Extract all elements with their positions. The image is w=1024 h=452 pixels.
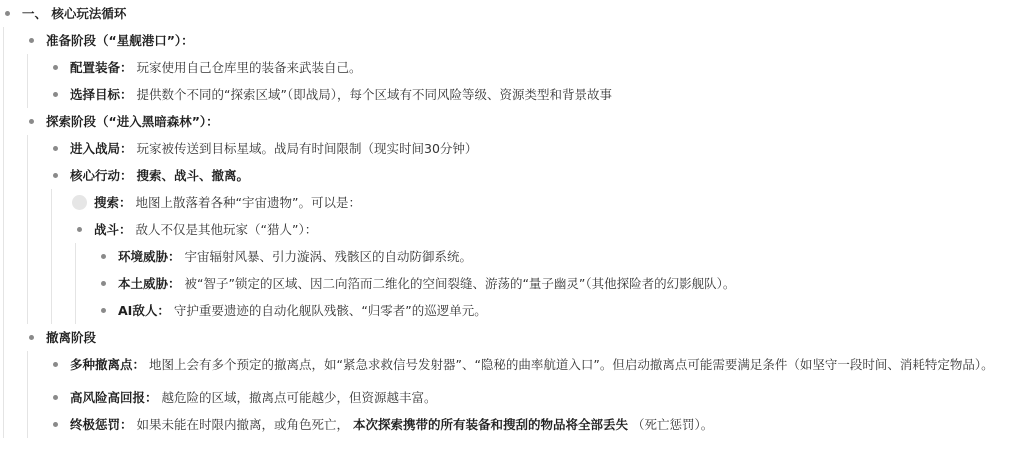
item-tail: （死亡惩罚）。 — [632, 417, 713, 432]
list-item: AI敌人： 守护重要遗迹的自动化舰队残骸、“归零者”的巡逻单元。 — [0, 297, 1024, 324]
item-text: 宇宙辐射风暴、引力漩涡、残骸区的自动防御系统。 — [185, 249, 473, 264]
list-item: 高风险高回报： 越危险的区域，撤离点可能越少，但资源越丰富。 — [0, 384, 1024, 411]
section-children: 准备阶段（“星舰港口”）： 配置装备： 玩家使用自己仓库里的装备来武装自己。 — [0, 27, 1024, 438]
bullet-icon[interactable] — [101, 308, 106, 313]
item-text: 提供数个不同的“探索区域”（即战局），每个区域有不同风险等级、资源类型和背景故事 — [137, 87, 612, 102]
list-item: 搜索： 地图上散落着各种“宇宙遗物”。可以是： — [0, 189, 1024, 216]
outline-node-row[interactable]: 探索阶段（“进入黑暗森林”）： — [0, 108, 1024, 135]
outline-node-row[interactable]: 战斗： 敌人不仅是其他玩家（“猎人”）： — [0, 216, 1024, 243]
item-key: AI敌人： — [118, 303, 170, 318]
outline-node-row[interactable]: 搜索： 地图上散落着各种“宇宙遗物”。可以是： — [0, 189, 1024, 216]
bullet-icon[interactable] — [53, 92, 58, 97]
item-key: 本土威胁： — [118, 276, 181, 291]
phase-title: 撤离阶段 — [46, 330, 96, 345]
item-key: 搜索： — [94, 195, 132, 210]
item-key: 环境威胁： — [118, 249, 181, 264]
outline-root: 一、 核心玩法循环 准备阶段（“星舰港口”）： 配置装备： 玩家使用自己仓库里的… — [0, 0, 1024, 438]
item-key: 配置装备： — [70, 60, 133, 75]
bullet-icon[interactable] — [53, 65, 58, 70]
phase-preparation: 准备阶段（“星舰港口”）： 配置装备： 玩家使用自己仓库里的装备来武装自己。 — [0, 27, 1024, 108]
bullet-icon[interactable] — [53, 173, 58, 178]
bullet-icon[interactable] — [53, 395, 58, 400]
list-item: 选择目标： 提供数个不同的“探索区域”（即战局），每个区域有不同风险等级、资源类… — [0, 81, 1024, 108]
list-item: 多种撤离点： 地图上会有多个预定的撤离点，如“紧急求救信号发射器”、“隐秘的曲率… — [0, 351, 1024, 384]
item-key: 终极惩罚： — [70, 417, 133, 432]
bullet-icon[interactable] — [29, 38, 34, 43]
item-text: 如果未能在时限内撤离，或角色死亡， — [137, 417, 350, 432]
outline-node-row[interactable]: 进入战局： 玩家被传送到目标星域。战局有时间限制（现实时间30分钟） — [0, 135, 1024, 162]
outline-node-row[interactable]: 选择目标： 提供数个不同的“探索区域”（即战局），每个区域有不同风险等级、资源类… — [0, 81, 1024, 108]
item-key: 选择目标： — [70, 87, 133, 102]
phase-children: 进入战局： 玩家被传送到目标星域。战局有时间限制（现实时间30分钟） 核心行动：… — [0, 135, 1024, 324]
item-text: 地图上散落着各种“宇宙遗物”。可以是： — [136, 195, 361, 210]
outline-node-row[interactable]: 核心行动： 搜索、战斗、撤离。 — [0, 162, 1024, 189]
phase-title: 准备阶段（“星舰港口”）： — [46, 33, 194, 48]
phase-children: 配置装备： 玩家使用自己仓库里的装备来武装自己。 选择目标： 提供数个不同的“探… — [0, 54, 1024, 108]
item-text: 玩家使用自己仓库里的装备来武装自己。 — [137, 60, 362, 75]
item-key: 高风险高回报： — [70, 390, 158, 405]
section-core-gameplay-loop: 一、 核心玩法循环 准备阶段（“星舰港口”）： 配置装备： 玩家使用自己仓库里的… — [0, 0, 1024, 438]
bullet-icon[interactable] — [29, 119, 34, 124]
item-text: 被“智子”锁定的区域、因二向箔而二维化的空间裂缝、游荡的“量子幽灵”（其他探险者… — [185, 276, 736, 291]
list-item: 战斗： 敌人不仅是其他玩家（“猎人”）： 环境威胁： 宇宙辐射风暴、引力漩涡、残… — [0, 216, 1024, 324]
outline-node-row[interactable]: 配置装备： 玩家使用自己仓库里的装备来武装自己。 — [0, 54, 1024, 81]
list-item: 进入战局： 玩家被传送到目标星域。战局有时间限制（现实时间30分钟） — [0, 135, 1024, 162]
item-text: 越危险的区域，撤离点可能越少，但资源越丰富。 — [162, 390, 437, 405]
bullet-icon[interactable] — [53, 146, 58, 151]
bullet-icon[interactable] — [5, 11, 10, 16]
outline-node-row[interactable]: 本土威胁： 被“智子”锁定的区域、因二向箔而二维化的空间裂缝、游荡的“量子幽灵”… — [0, 270, 1024, 297]
list-item: 核心行动： 搜索、战斗、撤离。 搜索： 地图上散落着各种“宇宙遗物”。可以是： — [0, 162, 1024, 324]
bullet-icon[interactable] — [53, 362, 58, 367]
bullet-icon[interactable] — [77, 200, 82, 205]
item-children: 搜索： 地图上散落着各种“宇宙遗物”。可以是： 战斗： 敌人不仅是其他玩家（“猎… — [0, 189, 1024, 324]
list-item: 终极惩罚： 如果未能在时限内撤离，或角色死亡， 本次探索携带的所有装备和搜刮的物… — [0, 411, 1024, 438]
bullet-icon[interactable] — [101, 254, 106, 259]
item-text: 玩家被传送到目标星域。战局有时间限制（现实时间30分钟） — [137, 141, 478, 156]
bullet-icon[interactable] — [53, 422, 58, 427]
item-key: 核心行动： — [70, 168, 133, 183]
item-key: 进入战局： — [70, 141, 133, 156]
list-item: 配置装备： 玩家使用自己仓库里的装备来武装自己。 — [0, 54, 1024, 81]
outline-node-row[interactable]: 多种撤离点： 地图上会有多个预定的撤离点，如“紧急求救信号发射器”、“隐秘的曲率… — [0, 351, 1024, 384]
list-item: 环境威胁： 宇宙辐射风暴、引力漩涡、残骸区的自动防御系统。 — [0, 243, 1024, 270]
outline-node-row[interactable]: 撤离阶段 — [0, 324, 1024, 351]
item-emphasis: 本次探索携带的所有装备和搜刮的物品将全部丢失 — [353, 417, 628, 432]
phase-children: 多种撤离点： 地图上会有多个预定的撤离点，如“紧急求救信号发射器”、“隐秘的曲率… — [0, 351, 1024, 438]
outline-node-row[interactable]: 准备阶段（“星舰港口”）： — [0, 27, 1024, 54]
item-key: 战斗： — [94, 222, 132, 237]
phase-extraction: 撤离阶段 多种撤离点： 地图上会有多个预定的撤离点，如“紧急求救信号发射器”、“… — [0, 324, 1024, 438]
list-item: 本土威胁： 被“智子”锁定的区域、因二向箔而二维化的空间裂缝、游荡的“量子幽灵”… — [0, 270, 1024, 297]
phase-title: 探索阶段（“进入黑暗森林”）： — [46, 114, 219, 129]
item-text: 敌人不仅是其他玩家（“猎人”）： — [136, 222, 318, 237]
bullet-icon[interactable] — [101, 281, 106, 286]
phase-exploration: 探索阶段（“进入黑暗森林”）： 进入战局： 玩家被传送到目标星域。战局有时间限制… — [0, 108, 1024, 324]
bullet-icon[interactable] — [77, 227, 82, 232]
outline-node-row[interactable]: AI敌人： 守护重要遗迹的自动化舰队残骸、“归零者”的巡逻单元。 — [0, 297, 1024, 324]
outline-node-row[interactable]: 一、 核心玩法循环 — [0, 0, 1024, 27]
section-title: 一、 核心玩法循环 — [22, 6, 126, 21]
outline-node-row[interactable]: 环境威胁： 宇宙辐射风暴、引力漩涡、残骸区的自动防御系统。 — [0, 243, 1024, 270]
outline-node-row[interactable]: 终极惩罚： 如果未能在时限内撤离，或角色死亡， 本次探索携带的所有装备和搜刮的物… — [0, 411, 1024, 438]
item-text: 地图上会有多个预定的撤离点，如“紧急求救信号发射器”、“隐秘的曲率航道入口”。但… — [149, 357, 994, 372]
item-text: 守护重要遗迹的自动化舰队残骸、“归零者”的巡逻单元。 — [174, 303, 487, 318]
item-children: 环境威胁： 宇宙辐射风暴、引力漩涡、残骸区的自动防御系统。 本土威胁： — [0, 243, 1024, 324]
item-key: 多种撤离点： — [70, 357, 145, 372]
bullet-icon[interactable] — [29, 335, 34, 340]
item-text: 搜索、战斗、撤离。 — [137, 168, 250, 183]
outline-node-row[interactable]: 高风险高回报： 越危险的区域，撤离点可能越少，但资源越丰富。 — [0, 384, 1024, 411]
